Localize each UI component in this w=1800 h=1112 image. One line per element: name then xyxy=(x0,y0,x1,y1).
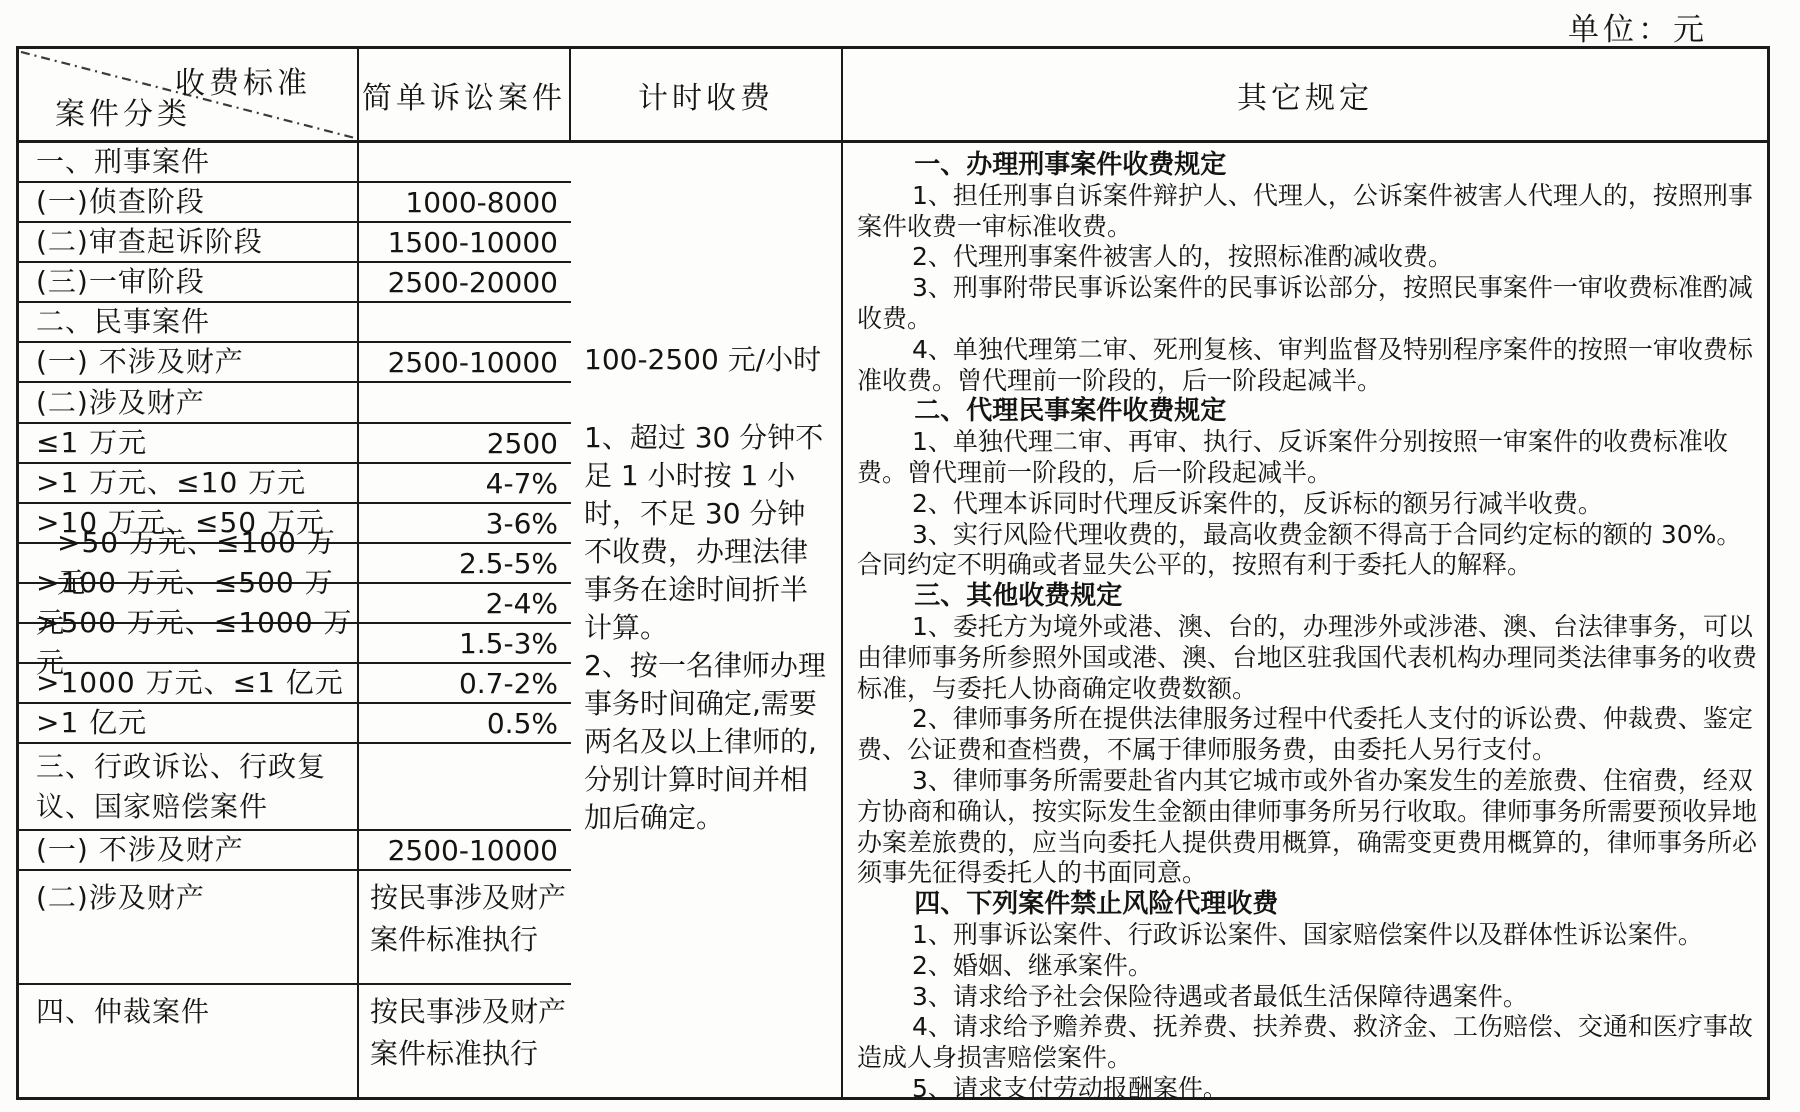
regulation-item: 2、代理本诉同时代理反诉案件的，反诉标的额另行减半收费。 xyxy=(857,489,1759,520)
hourly-note: 1、超过 30 分钟不足 1 小时按 1 小时，不足 30 分钟不收费，办理法律… xyxy=(584,419,831,647)
hourly-note: 2、按一名律师办理事务时间确定,需要两名及以上律师的,分别计算时间并相加后确定。 xyxy=(584,647,831,837)
regulation-section-title: 一、办理刑事案件收费规定 xyxy=(857,150,1759,181)
row-label: >1 亿元 xyxy=(19,704,359,742)
row-label: >1 万元、≤10 万元 xyxy=(19,464,359,502)
regulation-item: 1、委托方为境外或港、澳、台的，办理涉外或涉港、澳、台法律事务，可以由律师事务所… xyxy=(857,612,1759,704)
row-label: ≤1 万元 xyxy=(19,424,359,462)
hourly-notes: 1、超过 30 分钟不足 1 小时按 1 小时，不足 30 分钟不收费，办理法律… xyxy=(584,419,831,837)
regulation-item: 2、代理刑事案件被害人的，按照标准酌减收费。 xyxy=(857,242,1759,273)
row-value: 3-6% xyxy=(359,504,571,542)
row-label: >1000 万元、≤1 亿元 xyxy=(19,664,359,702)
row-value: 按民事涉及财产案件标准执行 xyxy=(359,985,571,1097)
regulation-item: 3、请求给予社会保险待遇或者最低生活保障待遇案件。 xyxy=(857,982,1759,1013)
table-header-row: 收费标准 案件分类 简单诉讼案件 计时收费 其它规定 xyxy=(19,49,1767,143)
row-label: (三)一审阶段 xyxy=(19,263,359,301)
row-label: (二)涉及财产 xyxy=(19,871,359,983)
table-row: (一)侦查阶段 1000-8000 xyxy=(19,183,571,223)
table-row: >500 万元、≤1000 万元 1.5-3% xyxy=(19,624,571,664)
row-label: >500 万元、≤1000 万元 xyxy=(19,624,359,662)
corner-label-fee-standard: 收费标准 xyxy=(175,58,311,102)
row-value xyxy=(359,744,571,829)
row-value: 1.5-3% xyxy=(359,624,571,662)
regulation-section-title: 三、其他收费规定 xyxy=(857,581,1759,612)
other-regulations-cell: 一、办理刑事案件收费规定1、担任刑事自诉案件辩护人、代理人，公诉案件被害人代理人… xyxy=(843,143,1767,1097)
row-value: 0.5% xyxy=(359,704,571,742)
row-value: 2-4% xyxy=(359,584,571,622)
row-value: 0.7-2% xyxy=(359,664,571,702)
table-row: (一) 不涉及财产 2500-10000 xyxy=(19,831,571,871)
row-label: 四、仲裁案件 xyxy=(19,985,359,1097)
row-label: (二)涉及财产 xyxy=(19,383,359,422)
row-value: 2500-10000 xyxy=(359,831,571,869)
regulation-item: 1、刑事诉讼案件、行政诉讼案件、国家赔偿案件以及群体性诉讼案件。 xyxy=(857,920,1759,951)
table-row: (二)涉及财产 xyxy=(19,383,571,424)
regulation-item: 4、单独代理第二审、死刑复核、审判监督及特别程序案件的按照一审收费标准收费。曾代… xyxy=(857,335,1759,397)
row-value: 2500-20000 xyxy=(359,263,571,301)
regulation-item: 5、请求支付劳动报酬案件。 xyxy=(857,1074,1759,1105)
row-label: (二)审查起诉阶段 xyxy=(19,223,359,261)
row-label: (一) 不涉及财产 xyxy=(19,343,359,381)
row-value: 1500-10000 xyxy=(359,223,571,261)
regulation-item: 2、婚姻、继承案件。 xyxy=(857,951,1759,982)
table-row: >1 亿元 0.5% xyxy=(19,704,571,744)
row-value xyxy=(359,303,571,341)
regulation-section-title: 四、下列案件禁止风险代理收费 xyxy=(857,889,1759,920)
regulation-item: 2、律师事务所在提供法律服务过程中代委托人支付的诉讼费、仲裁费、鉴定费、公证费和… xyxy=(857,704,1759,766)
row-label: 三、行政诉讼、行政复议、国家赔偿案件 xyxy=(19,744,359,829)
unit-label: 单位：元 xyxy=(1568,4,1708,49)
row-value: 1000-8000 xyxy=(359,183,571,221)
regulation-item: 1、担任刑事自诉案件辩护人、代理人，公诉案件被害人代理人的，按照刑事案件收费一审… xyxy=(857,181,1759,243)
table-row: (二)审查起诉阶段 1500-10000 xyxy=(19,223,571,263)
corner-label-case-category: 案件分类 xyxy=(55,89,191,133)
corner-header-cell: 收费标准 案件分类 xyxy=(19,49,359,140)
regulation-item: 3、刑事附带民事诉讼案件的民事诉讼部分，按照民事案件一审收费标准酌减收费。 xyxy=(857,273,1759,335)
table-row: >1000 万元、≤1 亿元 0.7-2% xyxy=(19,664,571,704)
row-value: 4-7% xyxy=(359,464,571,502)
hourly-fee-cell: 100-2500 元/小时 1、超过 30 分钟不足 1 小时按 1 小时，不足… xyxy=(571,143,843,1097)
fee-standards-table: 收费标准 案件分类 简单诉讼案件 计时收费 其它规定 一、刑事案件 (一)侦查阶… xyxy=(16,46,1770,1100)
scanned-fee-document: { "unit_label": "单位：元", "table": { "head… xyxy=(0,0,1800,1112)
regulation-section-title: 二、代理民事案件收费规定 xyxy=(857,396,1759,427)
regulation-item: 3、实行风险代理收费的，最高收费金额不得高于合同约定标的额的 30%。合同约定不… xyxy=(857,520,1759,582)
row-value: 2500 xyxy=(359,424,571,462)
header-other-regulations: 其它规定 xyxy=(843,49,1767,140)
regulation-item: 4、请求给予赡养费、抚养费、扶养费、救济金、工伤赔偿、交通和医疗事故造成人身损害… xyxy=(857,1012,1759,1074)
regulation-item: 3、律师事务所需要赴省内其它城市或外省办案发生的差旅费、住宿费，经双方协商和确认… xyxy=(857,766,1759,889)
case-rows-column: 一、刑事案件 (一)侦查阶段 1000-8000 (二)审查起诉阶段 1500-… xyxy=(19,143,571,1097)
table-row: (三)一审阶段 2500-20000 xyxy=(19,263,571,303)
row-value xyxy=(359,143,571,181)
table-row: 二、民事案件 xyxy=(19,303,571,343)
table-row: 四、仲裁案件 按民事涉及财产案件标准执行 xyxy=(19,985,571,1097)
hourly-rate: 100-2500 元/小时 xyxy=(584,341,831,379)
table-row: 一、刑事案件 xyxy=(19,143,571,183)
row-label: 一、刑事案件 xyxy=(19,143,359,181)
row-value: 2.5-5% xyxy=(359,544,571,582)
table-row: (二)涉及财产 按民事涉及财产案件标准执行 xyxy=(19,871,571,985)
table-row: >1 万元、≤10 万元 4-7% xyxy=(19,464,571,504)
row-value: 2500-10000 xyxy=(359,343,571,381)
table-row: (一) 不涉及财产 2500-10000 xyxy=(19,343,571,383)
table-row: 三、行政诉讼、行政复议、国家赔偿案件 xyxy=(19,744,571,831)
table-body: 一、刑事案件 (一)侦查阶段 1000-8000 (二)审查起诉阶段 1500-… xyxy=(19,143,1767,1097)
row-label: (一)侦查阶段 xyxy=(19,183,359,221)
row-value xyxy=(359,383,571,422)
header-simple-litigation: 简单诉讼案件 xyxy=(359,49,571,140)
header-hourly-fee: 计时收费 xyxy=(571,49,843,140)
row-value: 按民事涉及财产案件标准执行 xyxy=(359,871,571,983)
row-label: 二、民事案件 xyxy=(19,303,359,341)
table-row: ≤1 万元 2500 xyxy=(19,424,571,464)
regulation-item: 1、单独代理二审、再审、执行、反诉案件分别按照一审案件的收费标准收费。曾代理前一… xyxy=(857,427,1759,489)
row-label: (一) 不涉及财产 xyxy=(19,831,359,869)
